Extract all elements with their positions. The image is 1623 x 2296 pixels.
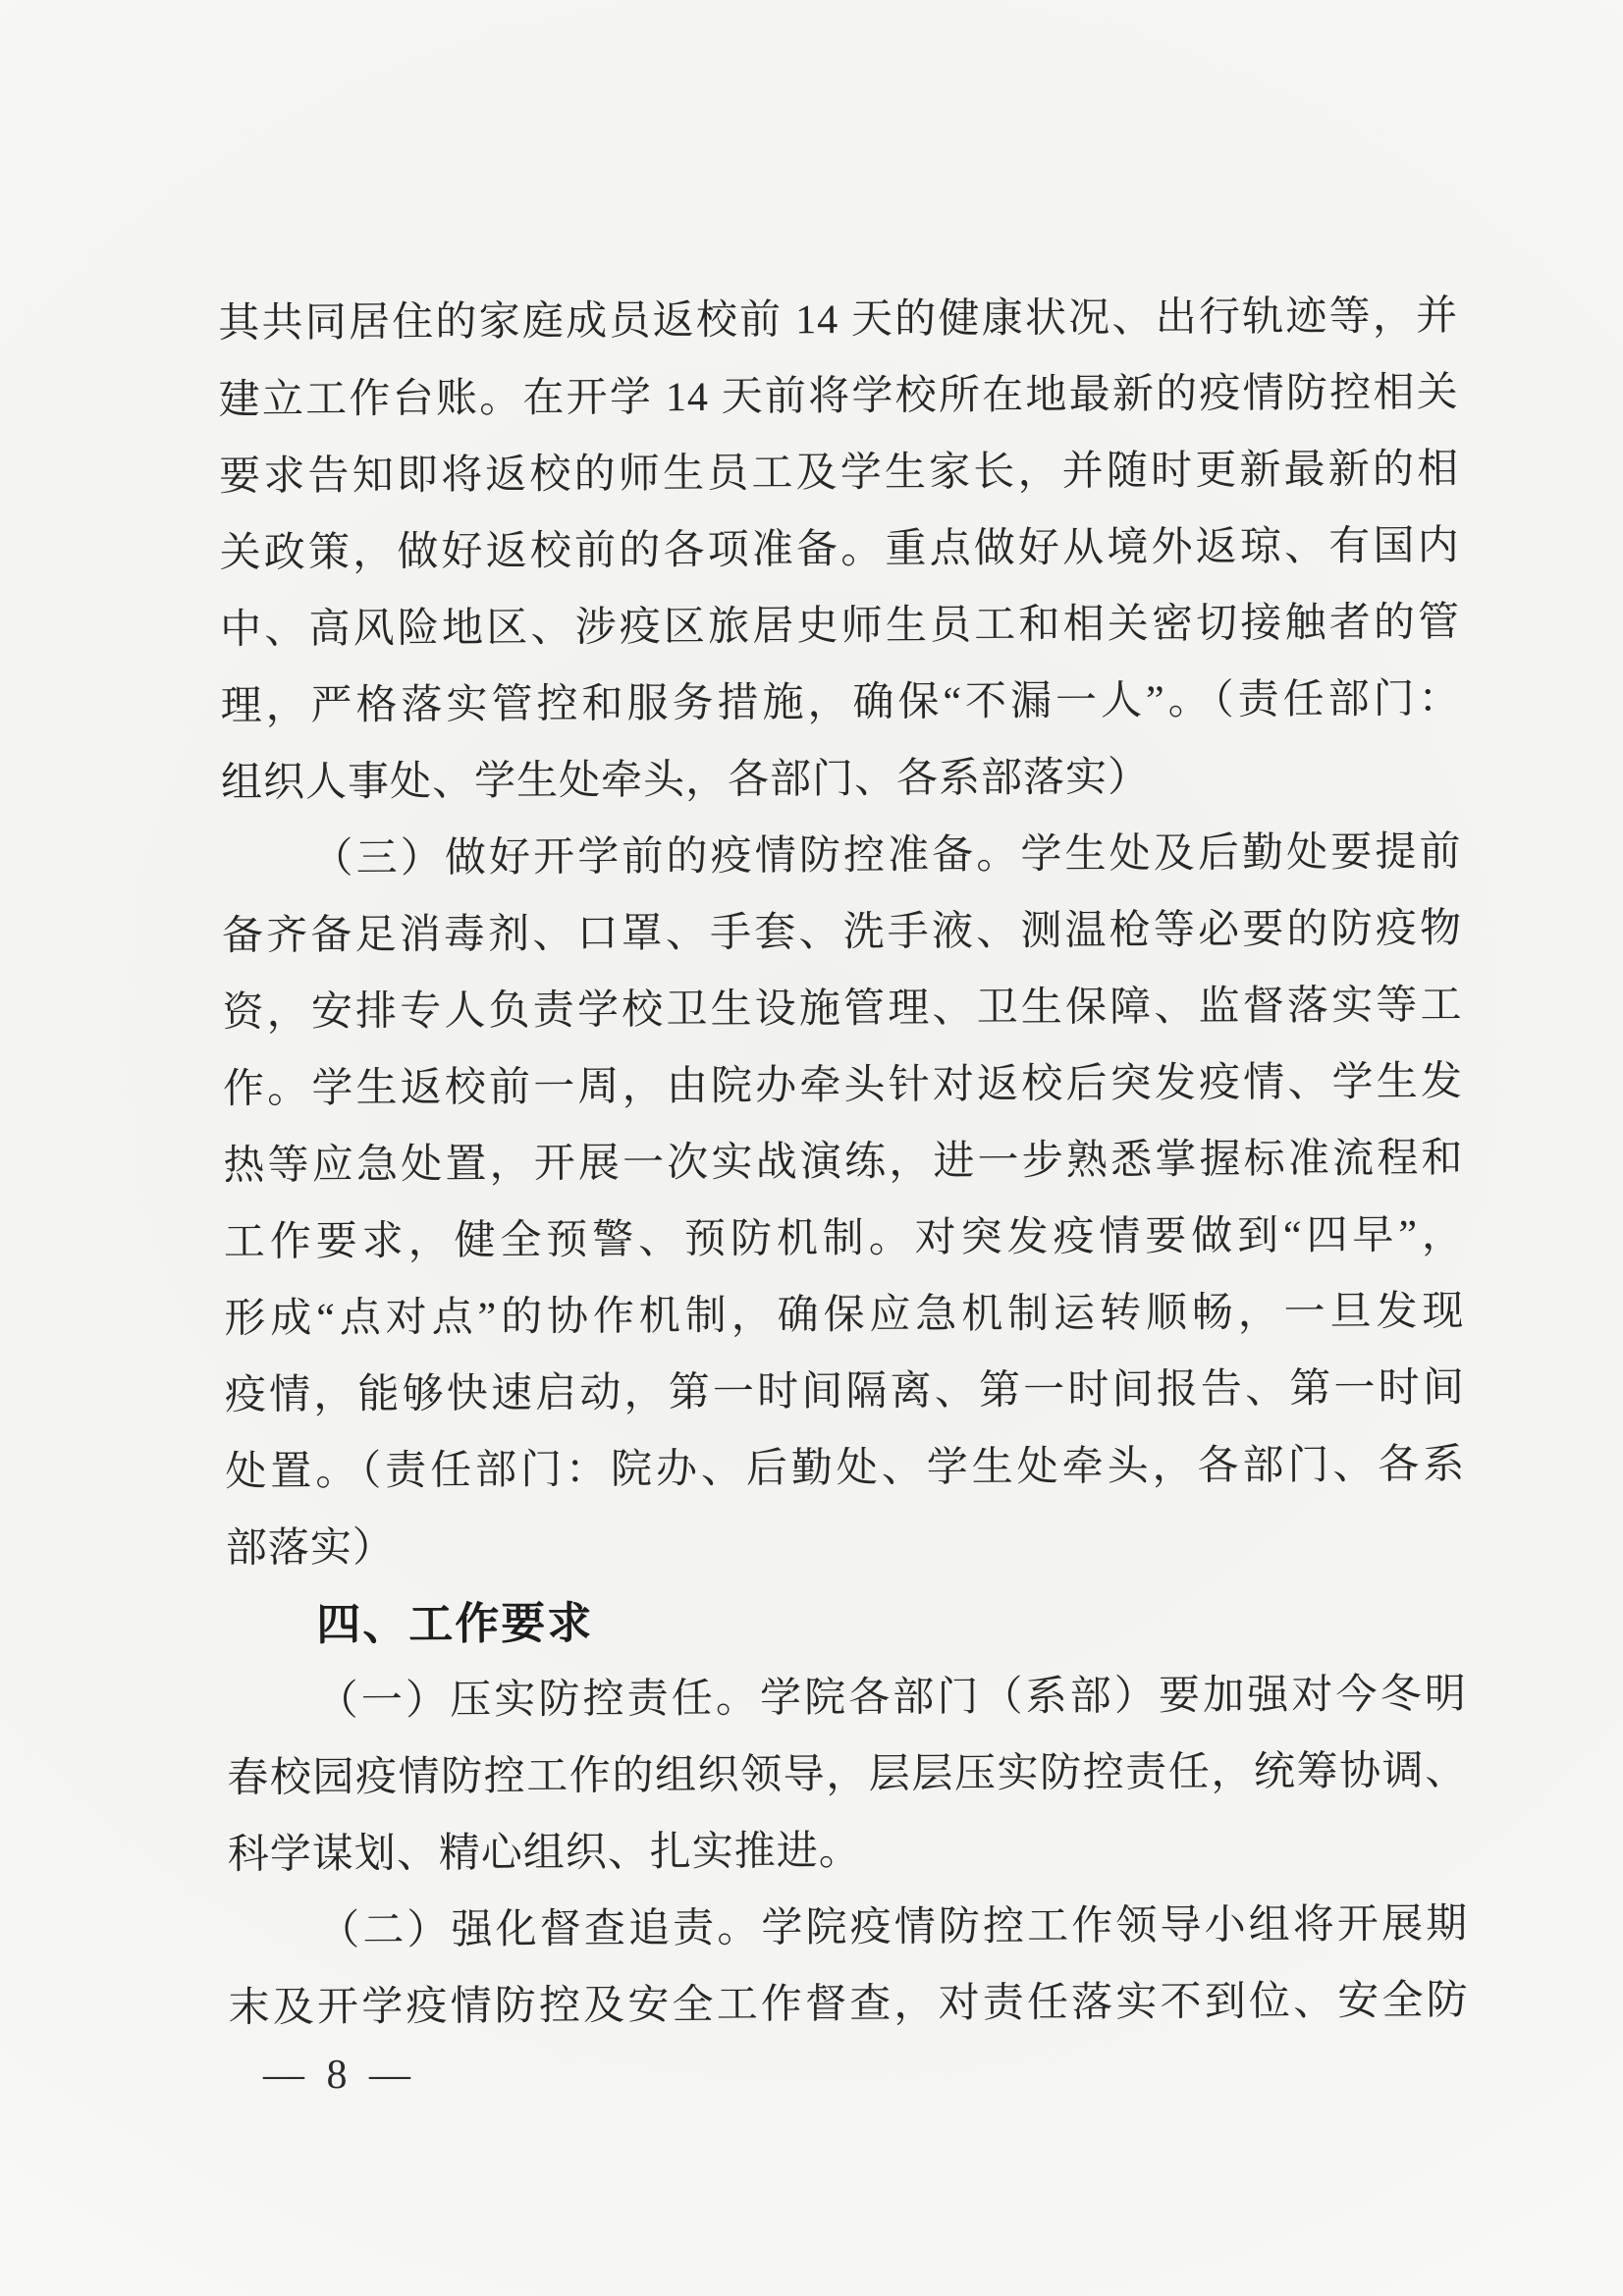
- text-line: 组织人事处、学生处牵头，各部门、各系部落实）: [221, 737, 1461, 822]
- page-number: — 8 —: [263, 2050, 416, 2101]
- paragraph-first-line: （二）强化督查追责。学院疫情防控工作领导小组将开展期: [228, 1886, 1468, 1970]
- text-line: 资，安排专人负责学校卫生设施管理、卫生保障、监督落实等工: [222, 967, 1462, 1051]
- text-line: 处置。（责任部门：院办、后勤处、学生处牵头，各部门、各系: [225, 1426, 1465, 1511]
- text-line: 科学谋划、精心组织、扎实推进。: [228, 1809, 1468, 1894]
- text-line: 末及开学疫情防控及安全工作督查，对责任落实不到位、安全防: [228, 1962, 1468, 2047]
- text-line: 春校园疫情防控工作的组织领导，层层压实防控责任，统筹协调、: [227, 1733, 1467, 1817]
- text-line: 作。学生返校前一周，由院办牵头针对返校后突发疫情、学生发: [223, 1043, 1463, 1128]
- paragraph-first-line: （三）做好开学前的疫情防控准备。学生处及后勤处要提前: [221, 814, 1461, 898]
- document-body: 其共同居住的家庭成员返校前 14 天的健康状况、出行轨迹等，并 建立工作台账。在…: [218, 278, 1469, 2047]
- text-line: 要求告知即将返校的师生员工及学生家长，并随时更新最新的相: [219, 431, 1459, 515]
- text-line: 中、高风险地区、涉疫区旅居史师生员工和相关密切接触者的管: [220, 584, 1460, 668]
- text-line: 备齐备足消毒剂、口罩、手套、洗手液、测温枪等必要的防疫物: [222, 890, 1462, 975]
- section-heading: 四、工作要求: [226, 1579, 1466, 1664]
- text-line: 建立工作台账。在开学 14 天前将学校所在地最新的疫情防控相关: [218, 354, 1458, 439]
- text-line: 工作要求，健全预警、预防机制。对突发疫情要做到“四早”，: [224, 1197, 1464, 1281]
- text-line: 部落实）: [226, 1503, 1466, 1587]
- text-line: 热等应急处置，开展一次实战演练，进一步熟悉掌握标准流程和: [223, 1120, 1463, 1204]
- text-line: 理，严格落实管控和服务措施，确保“不漏一人”。（责任部门：: [220, 661, 1460, 745]
- text-line: 关政策，做好返校前的各项准备。重点做好从境外返琼、有国内: [219, 507, 1459, 592]
- paragraph-first-line: （一）压实防控责任。学院各部门（系部）要加强对今冬明: [227, 1656, 1467, 1740]
- document-page: 其共同居住的家庭成员返校前 14 天的健康状况、出行轨迹等，并 建立工作台账。在…: [0, 0, 1623, 2296]
- text-line: 其共同居住的家庭成员返校前 14 天的健康状况、出行轨迹等，并: [218, 278, 1458, 362]
- text-line: 疫情，能够快速启动，第一时间隔离、第一时间报告、第一时间: [225, 1350, 1465, 1434]
- text-line: 形成“点对点”的协作机制，确保应急机制运转顺畅，一旦发现: [224, 1273, 1464, 1358]
